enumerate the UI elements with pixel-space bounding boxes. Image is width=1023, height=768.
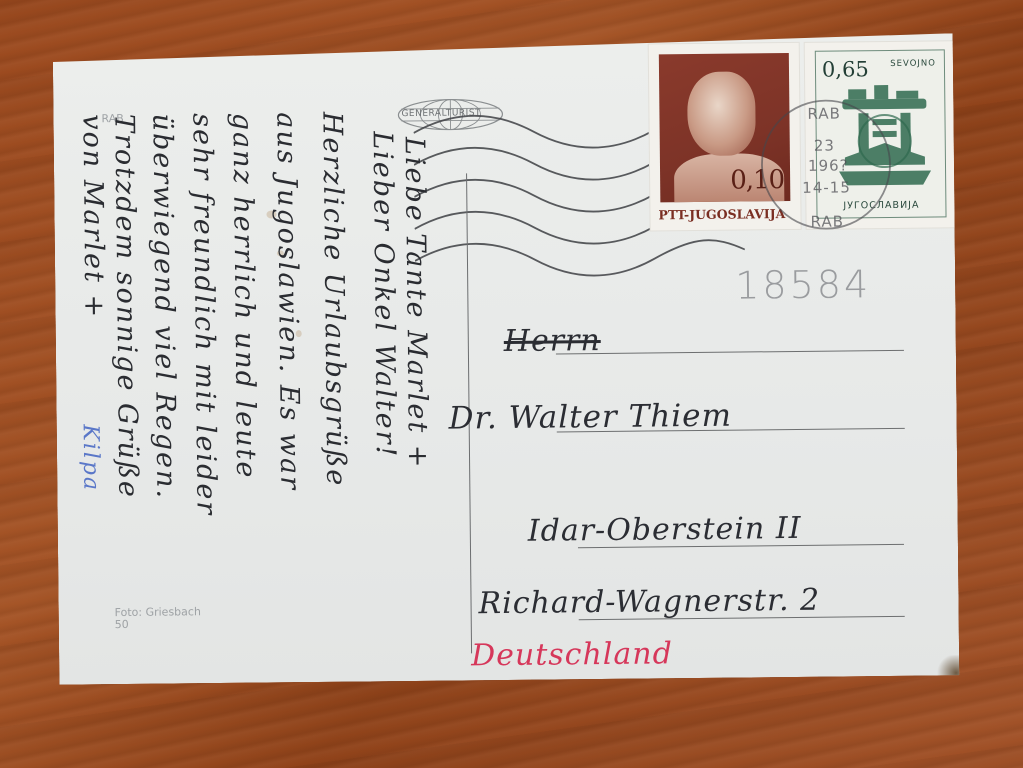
message-line: überwiegend viel Regen.: [146, 113, 181, 500]
stamp-place: SEVOJNO: [890, 58, 936, 68]
corner-wear: [935, 655, 961, 677]
message-line: sehr freundlich mit leider: [186, 113, 221, 516]
message-line: Herzliche Urlaubsgrüße: [316, 112, 351, 488]
address-rule: [556, 350, 904, 355]
postcard: RAB Foto: Griesbach 50 GENERALTURIST 0,1…: [53, 33, 960, 684]
postmark-time: 14-15: [802, 178, 851, 197]
signature-blue: Kilpa: [78, 424, 104, 492]
photo-credit-number: 50: [115, 618, 129, 631]
message-line: von Marlet +: [76, 114, 109, 319]
postmark-year: 196?: [808, 156, 849, 174]
pencil-note: 18584: [735, 262, 871, 307]
message-line: aus Jugoslawien. Es war: [270, 112, 305, 491]
address-salutation: Herrn: [504, 323, 601, 359]
address-city: Idar-Oberstein II: [528, 511, 802, 549]
message-line: Trotzdem sonnige Grüße: [108, 114, 143, 499]
address-country: Deutschland: [471, 636, 673, 673]
postmark-bottom: RAB: [810, 212, 844, 230]
message-line: Liebe Tante Marlet +: [399, 137, 433, 470]
postmark-city: RAB: [807, 104, 841, 122]
message-line: ganz herrlich und leute: [226, 113, 261, 480]
stamp-value: 0,65: [822, 57, 869, 81]
address-name: Dr. Walter Thiem: [448, 398, 732, 437]
portrait-head: [687, 71, 756, 156]
postmark-day: 23: [814, 137, 835, 155]
message-line: Lieber Onkel Walter!: [367, 131, 401, 458]
address-street: Richard-Wagnerstr. 2: [478, 583, 820, 622]
